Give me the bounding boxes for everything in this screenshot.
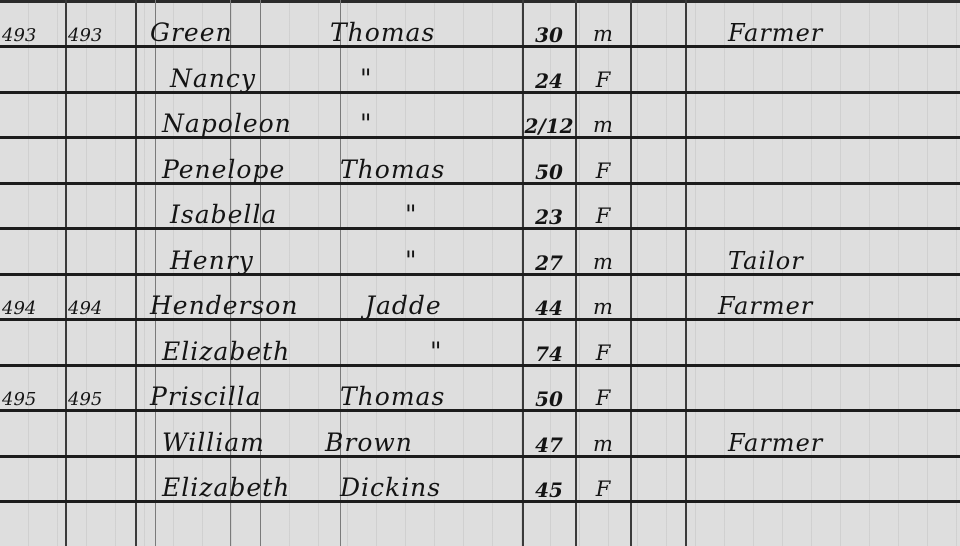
given-name: Henry bbox=[170, 248, 254, 273]
surname: " bbox=[360, 66, 373, 91]
surname: " bbox=[430, 339, 443, 364]
sex: F bbox=[578, 388, 628, 409]
surname: Dickins bbox=[340, 475, 441, 500]
given-name: Penelope bbox=[162, 157, 285, 182]
age: 23 bbox=[524, 207, 574, 227]
table-row: Henry " 27 m Tailor bbox=[0, 230, 960, 275]
sex: F bbox=[578, 206, 628, 227]
family-number: 493 bbox=[68, 27, 134, 45]
surname: " bbox=[405, 248, 418, 273]
age: 27 bbox=[524, 253, 574, 273]
age: 74 bbox=[524, 344, 574, 364]
table-row: Isabella " 23 F bbox=[0, 184, 960, 229]
given-name: Henderson bbox=[150, 293, 298, 318]
age: 50 bbox=[524, 162, 574, 182]
family-number: 495 bbox=[68, 391, 134, 409]
age: 50 bbox=[524, 389, 574, 409]
occupation: Farmer bbox=[688, 431, 960, 455]
table-row: Napoleon " 2/12 m bbox=[0, 93, 960, 138]
sex: m bbox=[578, 115, 628, 136]
table-row: 494 494 Henderson Jadde 44 m Farmer bbox=[0, 275, 960, 320]
occupation: Farmer bbox=[688, 21, 960, 45]
surname: Brown bbox=[325, 430, 413, 455]
table-row: Elizabeth " 74 F bbox=[0, 321, 960, 366]
dwelling-number: 493 bbox=[2, 27, 64, 45]
occupation: Farmer bbox=[688, 294, 960, 318]
given-name: Elizabeth bbox=[162, 339, 290, 364]
age: 47 bbox=[524, 435, 574, 455]
given-name: Priscilla bbox=[150, 384, 262, 409]
sex: m bbox=[578, 24, 628, 45]
table-row: Nancy " 24 F bbox=[0, 48, 960, 93]
sex: m bbox=[578, 297, 628, 318]
table-row: 495 495 Priscilla Thomas 50 F bbox=[0, 366, 960, 411]
family-number: 494 bbox=[68, 300, 134, 318]
given-name: Nancy bbox=[170, 66, 256, 91]
surname: Thomas bbox=[330, 20, 435, 45]
age: 2/12 bbox=[524, 116, 574, 136]
occupation: Tailor bbox=[688, 249, 960, 273]
sex: m bbox=[578, 434, 628, 455]
given-name: Isabella bbox=[170, 202, 277, 227]
surname: Thomas bbox=[340, 157, 445, 182]
given-name: Green bbox=[150, 20, 233, 45]
given-name: William bbox=[162, 430, 265, 455]
age: 45 bbox=[524, 480, 574, 500]
table-row: Elizabeth Dickins 45 F bbox=[0, 457, 960, 502]
surname: " bbox=[405, 202, 418, 227]
census-sheet: 493 493 Green Thomas 30 m Farmer Nancy "… bbox=[0, 0, 960, 546]
surname: Thomas bbox=[340, 384, 445, 409]
surname: Jadde bbox=[365, 293, 442, 318]
dwelling-number: 495 bbox=[2, 391, 64, 409]
age: 24 bbox=[524, 71, 574, 91]
sex: F bbox=[578, 343, 628, 364]
given-name: Elizabeth bbox=[162, 475, 290, 500]
sex: F bbox=[578, 70, 628, 91]
given-name: Napoleon bbox=[162, 111, 292, 136]
surname: " bbox=[360, 111, 373, 136]
sex: F bbox=[578, 161, 628, 182]
sex: m bbox=[578, 252, 628, 273]
table-row: 493 493 Green Thomas 30 m Farmer bbox=[0, 2, 960, 47]
age: 44 bbox=[524, 298, 574, 318]
sex: F bbox=[578, 479, 628, 500]
table-row: William Brown 47 m Farmer bbox=[0, 412, 960, 457]
dwelling-number: 494 bbox=[2, 300, 64, 318]
table-row: Penelope Thomas 50 F bbox=[0, 139, 960, 184]
age: 30 bbox=[524, 25, 574, 45]
